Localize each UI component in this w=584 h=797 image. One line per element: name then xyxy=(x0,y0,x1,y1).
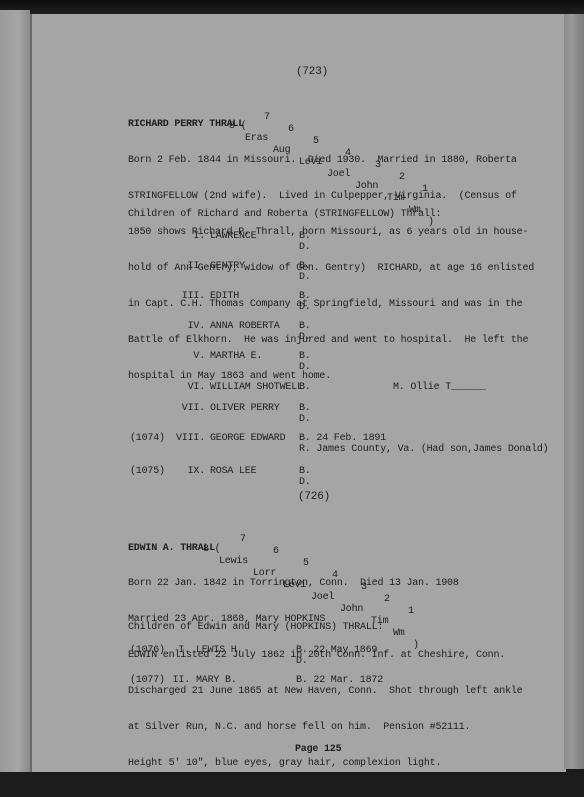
bio-line: Born 2 Feb. 1844 in Missouri. Died 1930.… xyxy=(128,155,534,167)
child-death: D. xyxy=(299,242,311,254)
child-numeral: II. xyxy=(130,675,190,687)
child-residence: R. James County, Va. (Had son,James Dona… xyxy=(299,444,548,456)
child-numeral: VII. xyxy=(145,403,205,415)
child-name: MARTHA E. xyxy=(210,351,262,363)
bio-line: Born 22 Jan. 1842 in Torrington, Conn. D… xyxy=(128,578,522,590)
child-name: GEORGE EDWARD xyxy=(210,433,285,445)
bio-line: Discharged 21 June 1865 at New Haven, Co… xyxy=(128,686,522,698)
child-name: OLIVER PERRY xyxy=(210,403,280,415)
child-marriage-note: M. Ollie T______ xyxy=(393,382,486,394)
child-death: D. xyxy=(299,414,311,426)
child-name: LEWIS H. xyxy=(196,645,242,657)
child-name: ROSA LEE xyxy=(210,466,256,478)
child-numeral: I. xyxy=(145,231,205,243)
bio-line: STRINGFELLOW (2nd wife). Lived in Culpep… xyxy=(128,191,534,203)
child-numeral: IV. xyxy=(145,321,205,333)
child-death: D. xyxy=(299,332,311,344)
child-name: WILLIAM SHOTWELL xyxy=(210,382,303,394)
child-numeral: III. xyxy=(145,291,205,303)
child-numeral: I. xyxy=(130,645,190,657)
child-birth: B. xyxy=(299,382,311,394)
child-death: D. xyxy=(299,302,311,314)
child-death: D. xyxy=(296,656,308,668)
bio-line: Battle of Elkhorn. He was injured and we… xyxy=(128,335,534,347)
page-footer: Page 125 xyxy=(295,744,341,756)
children-heading: Children of Richard and Roberta (STRINGF… xyxy=(128,209,441,221)
page-reference-mid: (726) xyxy=(298,491,330,503)
child-name: GENTRY xyxy=(210,261,245,273)
bio-line: Height 5' 10", blue eyes, gray hair, com… xyxy=(128,758,522,770)
bio-line: at Silver Run, N.C. and horse fell on hi… xyxy=(128,722,522,734)
child-numeral: II. xyxy=(145,261,205,273)
children-heading: Children of Edwin and Mary (HOPKINS) THR… xyxy=(128,622,383,634)
child-name: LAWRENCE xyxy=(210,231,256,243)
child-birth: B. 22 May 1869 xyxy=(296,645,377,657)
biography: Born 22 Jan. 1842 in Torrington, Conn. D… xyxy=(128,554,522,794)
child-death: D. xyxy=(299,477,311,489)
person-name: RICHARD PERRY THRALL xyxy=(128,119,244,131)
child-numeral: VI. xyxy=(145,382,205,394)
child-numeral: IX. xyxy=(145,466,205,478)
child-death: D. xyxy=(299,362,311,374)
child-name: ANNA ROBERTA xyxy=(210,321,280,333)
child-numeral: V. xyxy=(145,351,205,363)
child-name: MARY B. xyxy=(196,675,237,687)
child-birth: B. 22 Mar. 1872 xyxy=(296,675,383,687)
child-name: EDITH xyxy=(210,291,239,303)
child-numeral: VIII. xyxy=(145,433,205,445)
child-death: D. xyxy=(299,272,311,284)
generation-names: 8 ( Lewis Lorr Levi Joel John Tim Wm ) xyxy=(0,532,584,544)
generation-names: 8 ( Eras Aug Levi Joel John Tim Wm ) xyxy=(0,109,584,121)
page-reference-top: (723) xyxy=(296,66,328,78)
page-content: (723) 7 6 5 4 3 2 1 8 ( Eras Aug Levi Jo… xyxy=(0,0,584,797)
